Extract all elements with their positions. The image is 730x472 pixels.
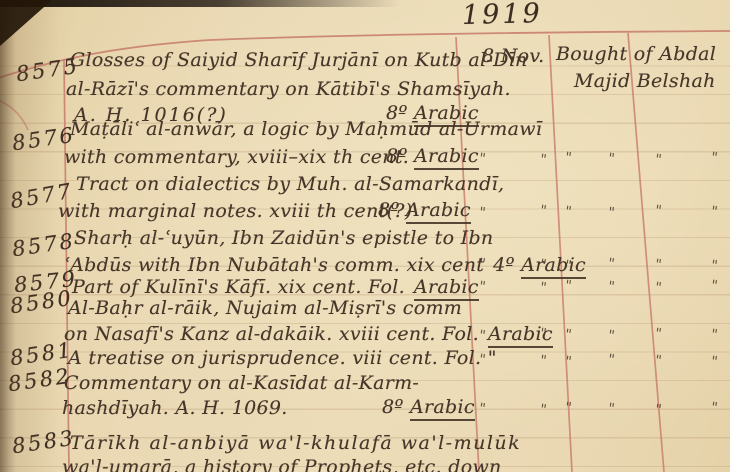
ditto-mark: "	[539, 402, 548, 419]
format-note: 8º Arabic	[378, 198, 471, 222]
ditto-mark: "	[607, 328, 616, 345]
language-label: Arabic	[406, 199, 471, 224]
description-text: Tārīkh al-anbiyā wa'l-khulafā wa'l-mulūk	[70, 432, 521, 454]
entry-description-line: Commentary on al-Kasīdat al-Karm-	[64, 371, 419, 395]
format-note: 8º Arabic	[386, 144, 479, 168]
ditto-mark: "	[654, 280, 663, 297]
ditto-mark: "	[478, 151, 487, 168]
entry-description-line: Glosses of Saiyid Sharīf Jurjānī on Kutb…	[70, 48, 528, 72]
description-text: A treatise on jurisprudence. viii cent. …	[68, 347, 497, 369]
description-text: hashdīyah. A. H. 1069.	[62, 397, 288, 419]
ditto-mark: "	[539, 280, 548, 297]
language-label: Arabic	[521, 254, 586, 279]
entry-description-line: wa'l-umarā, a history of Prophets, etc. …	[62, 455, 502, 472]
entry-description-line: Sharḥ al-ʿuyūn, Ibn Zaidūn's epistle to …	[74, 226, 493, 250]
description-text: wa'l-umarā, a history of Prophets, etc. …	[62, 456, 502, 472]
ditto-mark: "	[654, 402, 663, 419]
ditto-mark: "	[607, 279, 616, 296]
ditto-mark: "	[607, 401, 616, 418]
entry-description-line: with marginal notes. xviii th cent(?)	[58, 199, 412, 223]
entry-description-line: A treatise on jurisprudence. viii cent. …	[68, 346, 497, 370]
ditto-mark: "	[710, 354, 719, 371]
ditto-mark: "	[478, 279, 487, 296]
description-text: al-Rāzī's commentary on Kātibī's Shamsīy…	[66, 78, 511, 100]
ditto-mark: "	[710, 327, 719, 344]
format-size: 8º	[382, 396, 410, 418]
ditto-mark: "	[654, 326, 663, 343]
description-text: Tract on dialectics by Muh. al-Samarkand…	[76, 173, 504, 195]
entry-description-line: al-Rāzī's commentary on Kātibī's Shamsīy…	[66, 77, 511, 101]
description-text: Part of Kulīnī's Kāfī. xix cent. Fol.	[72, 276, 405, 298]
description-text: Maṭāliʿ al-anwār, a logic by Maḥmūd al-U…	[70, 118, 542, 140]
ditto-mark: "	[710, 150, 719, 167]
ditto-mark: "	[607, 352, 616, 369]
description-text: with commentary, xviii–xix th cent.	[64, 146, 409, 168]
acquisition-source-line: Bought of Abdal	[556, 42, 716, 66]
format-size: 8º	[378, 199, 406, 221]
description-text: Sharḥ al-ʿuyūn, Ibn Zaidūn's epistle to …	[74, 227, 493, 249]
ditto-mark: "	[710, 258, 719, 275]
ditto-mark: "	[564, 150, 573, 167]
entries-layer: 8575Glosses of Saiyid Sharīf Jurjānī on …	[0, 0, 730, 472]
ditto-mark: "	[564, 278, 573, 295]
ditto-mark: "	[564, 327, 573, 344]
language-label: Arabic	[410, 396, 475, 421]
entry-description-line: ʿAbdūs with Ibn Nubātah's comm. xix cent…	[64, 253, 586, 277]
ditto-mark: "	[478, 401, 487, 418]
acquisition-date: 8 Nov.	[482, 44, 545, 68]
ditto-mark: "	[539, 353, 548, 370]
format-note: Arabic	[414, 276, 479, 298]
format-size: 4º	[493, 254, 521, 276]
ditto-mark: "	[564, 204, 573, 221]
ditto-mark: "	[654, 257, 663, 274]
description-text: Al-Baḥr al-rāik, Nujaim al-Miṣrī's comm	[68, 297, 462, 319]
ditto-mark: "	[710, 400, 719, 417]
ditto-mark: "	[607, 205, 616, 222]
description-text: on Nasafī's Kanz al-dakāik. xviii cent. …	[64, 323, 479, 345]
format-size: 8º	[386, 145, 414, 167]
gutter-shadow	[0, 0, 16, 472]
ditto-mark: "	[564, 354, 573, 371]
ditto-mark: "	[710, 204, 719, 221]
ledger-page: 1919 8575Glosses of Saiyid Sharīf Jurjān…	[0, 0, 730, 472]
ditto-mark: "	[654, 203, 663, 220]
description-text: Glosses of Saiyid Sharīf Jurjānī on Kutb…	[70, 49, 528, 71]
entry-description-line: with commentary, xviii–xix th cent.	[64, 145, 409, 169]
ditto-mark: "	[607, 151, 616, 168]
ditto-mark: "	[654, 353, 663, 370]
entry-description-line: Tract on dialectics by Muh. al-Samarkand…	[76, 172, 504, 196]
top-edge-shadow	[0, 0, 400, 7]
ditto-mark: "	[564, 400, 573, 417]
description-text: with marginal notes. xviii th cent(?)	[58, 200, 412, 222]
description-text: ʿAbdūs with Ibn Nubātah's comm. xix cent	[64, 254, 484, 276]
ditto-mark: "	[539, 152, 548, 169]
language-label: Arabic	[414, 145, 479, 170]
acquisition-source-line: Majid Belshah	[574, 69, 716, 93]
entry-description-line: hashdīyah. A. H. 1069.	[62, 396, 288, 420]
ditto-mark: "	[710, 278, 719, 295]
description-text: Commentary on al-Kasīdat al-Karm-	[64, 372, 419, 394]
ditto-mark: "	[607, 256, 616, 273]
ditto-mark: "	[654, 152, 663, 169]
format-note: 8º Arabic	[382, 395, 475, 419]
ditto-mark: "	[539, 203, 548, 220]
entry-description-line: Tārīkh al-anbiyā wa'l-khulafā wa'l-mulūk	[70, 431, 521, 455]
entry-description-line: Maṭāliʿ al-anwār, a logic by Maḥmūd al-U…	[70, 117, 542, 141]
ditto-mark: "	[478, 205, 487, 222]
entry-description-line: Al-Baḥr al-rāik, Nujaim al-Miṣrī's comm	[68, 296, 462, 320]
